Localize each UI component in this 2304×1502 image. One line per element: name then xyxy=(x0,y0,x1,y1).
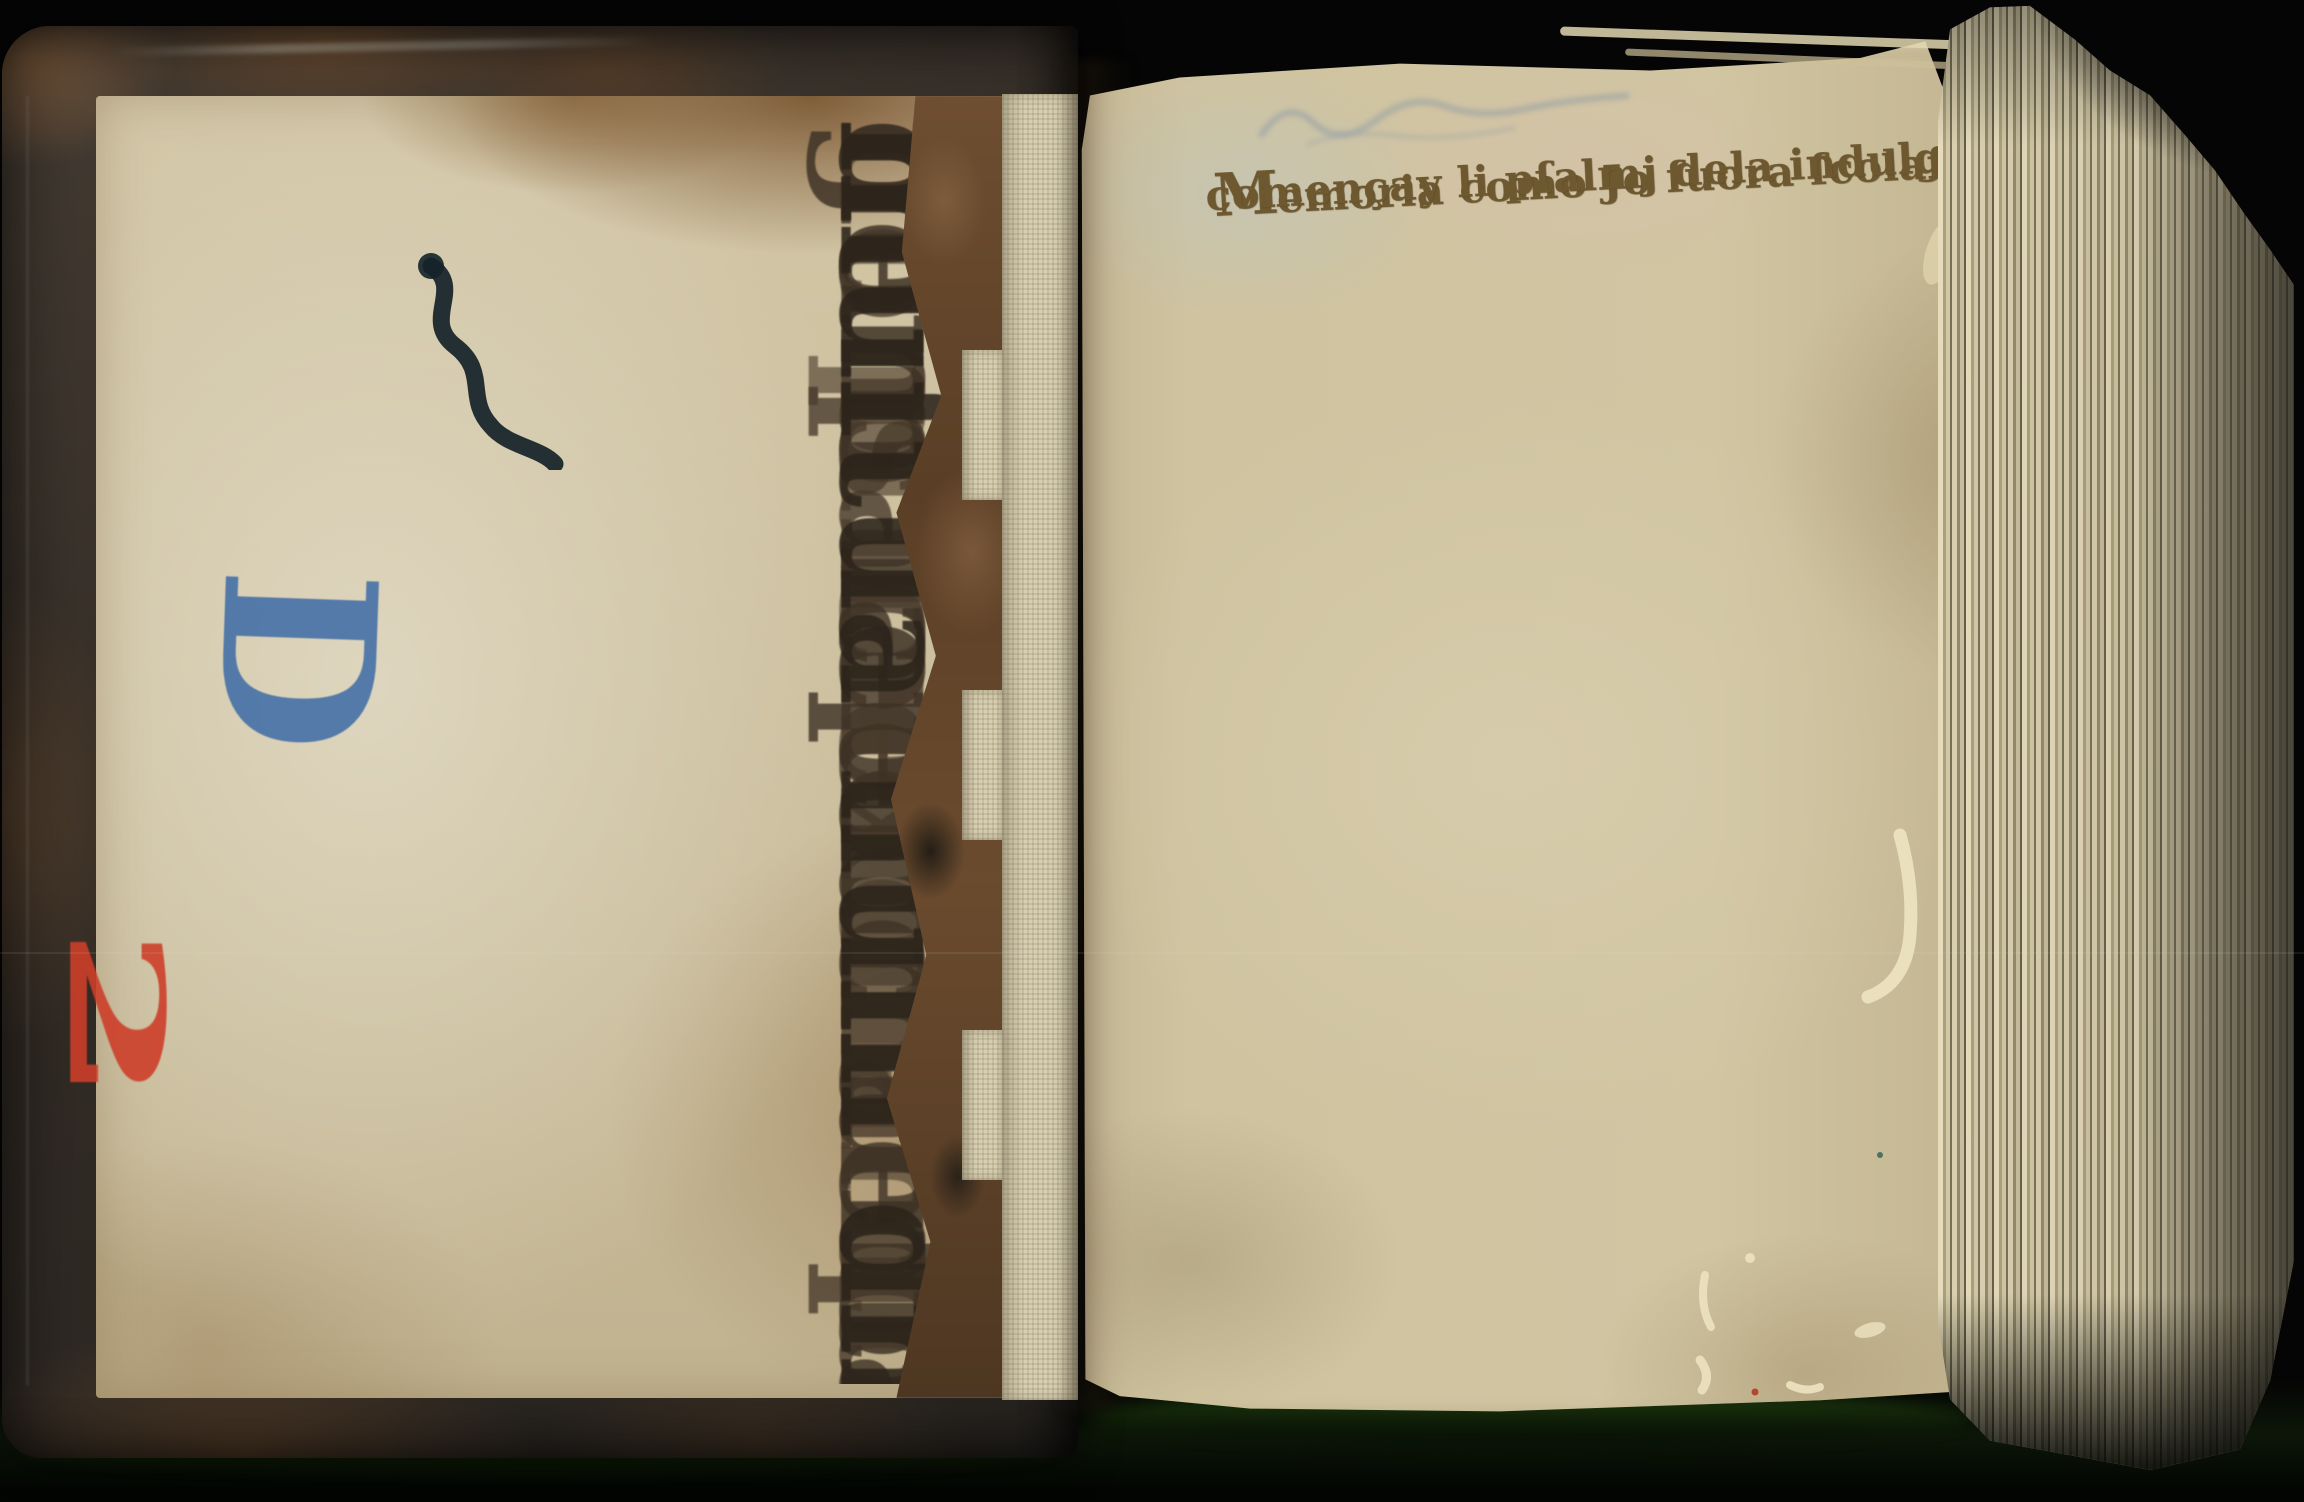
scanner-artifact-line xyxy=(0,952,2304,954)
ink-blot xyxy=(395,250,585,470)
ghost-ink-traces xyxy=(1244,63,1647,157)
flyleaf-edge xyxy=(1560,26,1990,50)
illuminated-initial-blue: D xyxy=(188,565,404,754)
fore-edge-shading xyxy=(1938,0,2294,1470)
manuscript-photo: gens ſeio muro ut pſit exorant nõ pacien… xyxy=(0,0,2304,1502)
